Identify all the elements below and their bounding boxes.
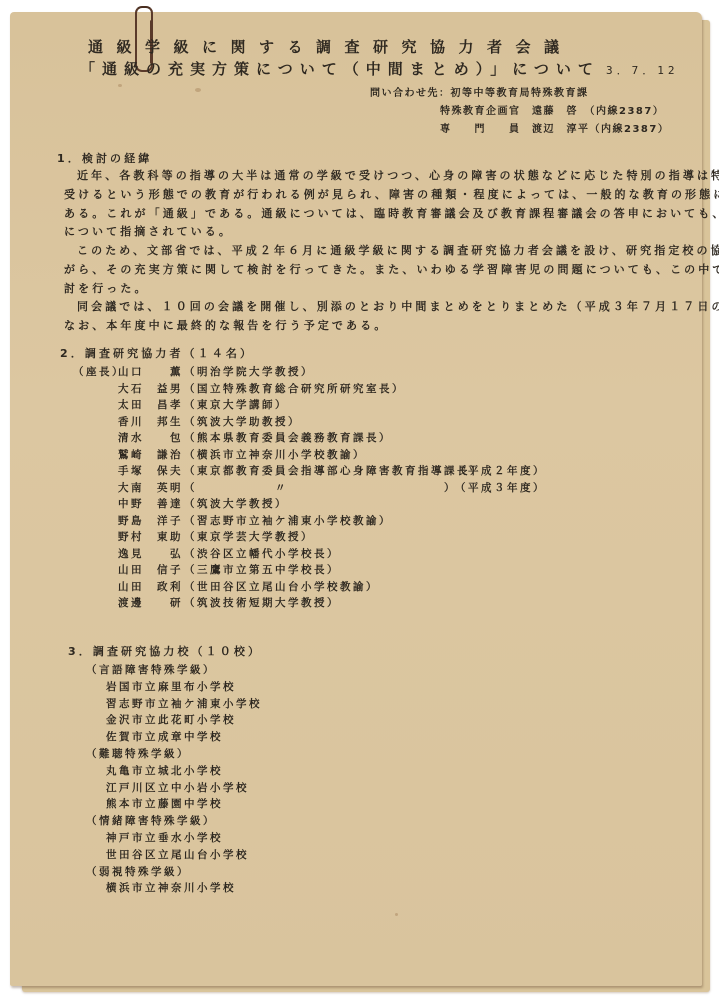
school-name: 金沢市立此花町小学校 [106,712,236,727]
paragraph-line: 同会議では、１０回の会議を開催し、別添のとおり中間まとめをとりまとめた（平成３年… [77,298,719,314]
member-term-note: （平成２年度） [455,463,546,478]
paragraph-line: なお、本年度中に最終的な報告を行う予定である。 [64,317,388,333]
school-name: 神戸市立垂水小学校 [106,830,223,845]
paragraph-line: について指摘されている。 [64,223,233,239]
section-heading: 2．調査研究協力者（１４名） [60,345,254,361]
member-name: 香川 邦生 [118,414,183,429]
member-affiliation: （東京大学講師） [184,397,288,412]
member-name: 清水 包 [118,430,183,445]
section-heading: 1．検討の経緯 [57,150,152,166]
school-category: （弱視特殊学級） [86,864,190,879]
member-affiliation: （渋谷区立幡代小学校長） [184,546,340,561]
member-name: 大南 英明 [118,480,183,495]
member-affiliation: （東京都教育委員会指導部心身障害教育指導課長） [184,463,483,478]
contact-line: 特殊教育企画官 遠藤 啓 （内線2387） [440,102,664,117]
contact-line: 問い合わせ先：初等中等教育局特殊教育課 [370,84,589,99]
member-name: 手塚 保夫 [118,463,183,478]
member-name: 太田 昌孝 [118,397,183,412]
school-category: （情緒障害特殊学級） [86,813,216,828]
school-category: （言語障害特殊学級） [86,662,216,677]
paragraph-line: このため、文部省では、平成２年６月に通級学級に関する調査研究協力者会議を設け、研… [77,242,719,258]
school-name: 熊本市立藤園中学校 [106,796,223,811]
member-name: 逸見 弘 [118,546,183,561]
member-affiliation: （筑波大学助教授） [184,414,301,429]
member-name: 山口 薫 [118,364,183,379]
paragraph-line: 受けるという形態での教育が行われる例が見られ、障害の種類・程度によっては、一般的… [64,186,719,202]
document-date: 3．7．12 [606,62,679,78]
member-name: 山田 政利 [118,579,183,594]
section-heading: 3．調査研究協力校（１０校） [68,643,262,659]
contact-line: 専 門 員 渡辺 淳平（内線2387） [440,120,669,135]
school-name: 岩国市立麻里布小学校 [106,679,236,694]
member-affiliation: （東京学芸大学教授） [184,529,314,544]
member-affiliation: （筑波技術短期大学教授） [184,595,340,610]
school-name: 世田谷区立尾山台小学校 [106,847,249,862]
member-affiliation: （三鷹市立第五中学校長） [184,562,340,577]
member-affiliation: （明治学院大学教授） [184,364,314,379]
member-affiliation: （ 〃 ） [184,480,457,495]
member-affiliation: （横浜市立神奈川小学校教諭） [184,447,366,462]
member-name: 鷲崎 謙治 [118,447,183,462]
member-name: 渡邊 研 [118,595,183,610]
member-name: 山田 信子 [118,562,183,577]
member-term-note: （平成３年度） [455,480,546,495]
member-name: 大石 益男 [118,381,183,396]
member-name: 野島 洋子 [118,513,183,528]
paragraph-line: がら、その充実方策に関して検討を行ってきた。また、いわゆる学習障害児の問題につい… [64,261,719,277]
member-name: 中野 善達 [118,496,183,511]
paper-stain [118,84,122,87]
member-affiliation: （国立特殊教育総合研究所研究室長） [184,381,405,396]
member-name: 野村 東助 [118,529,183,544]
school-name: 習志野市立袖ケ浦東小学校 [106,696,262,711]
member-affiliation: （世田谷区立尾山台小学校教諭） [184,579,379,594]
school-name: 江戸川区立中小岩小学校 [106,780,249,795]
school-name: 横浜市立神奈川小学校 [106,880,236,895]
school-name: 佐賀市立成章中学校 [106,729,223,744]
paragraph-line: 近年、各教科等の指導の大半は通常の学級で受けつつ、心身の障害の状態などに応じた特… [77,167,719,183]
member-affiliation: （熊本県教育委員会義務教育課長） [184,430,392,445]
document-subtitle: 「通級の充実方策について（中間まとめ）」について [80,58,600,79]
paper-stain [395,913,398,916]
member-affiliation: （筑波大学教授） [184,496,288,511]
document-title: 通級学級に関する調査研究協力者会議 [88,36,573,57]
school-category: （難聴特殊学級） [86,746,190,761]
member-affiliation: （習志野市立袖ケ浦東小学校教諭） [184,513,392,528]
paper-stain [195,88,201,92]
school-name: 丸亀市立城北小学校 [106,763,223,778]
paragraph-line: ある。これが「通級」である。通級については、臨時教育審議会及び教育課程審議会の答… [64,205,719,221]
paragraph-line: 討を行った。 [64,280,149,296]
